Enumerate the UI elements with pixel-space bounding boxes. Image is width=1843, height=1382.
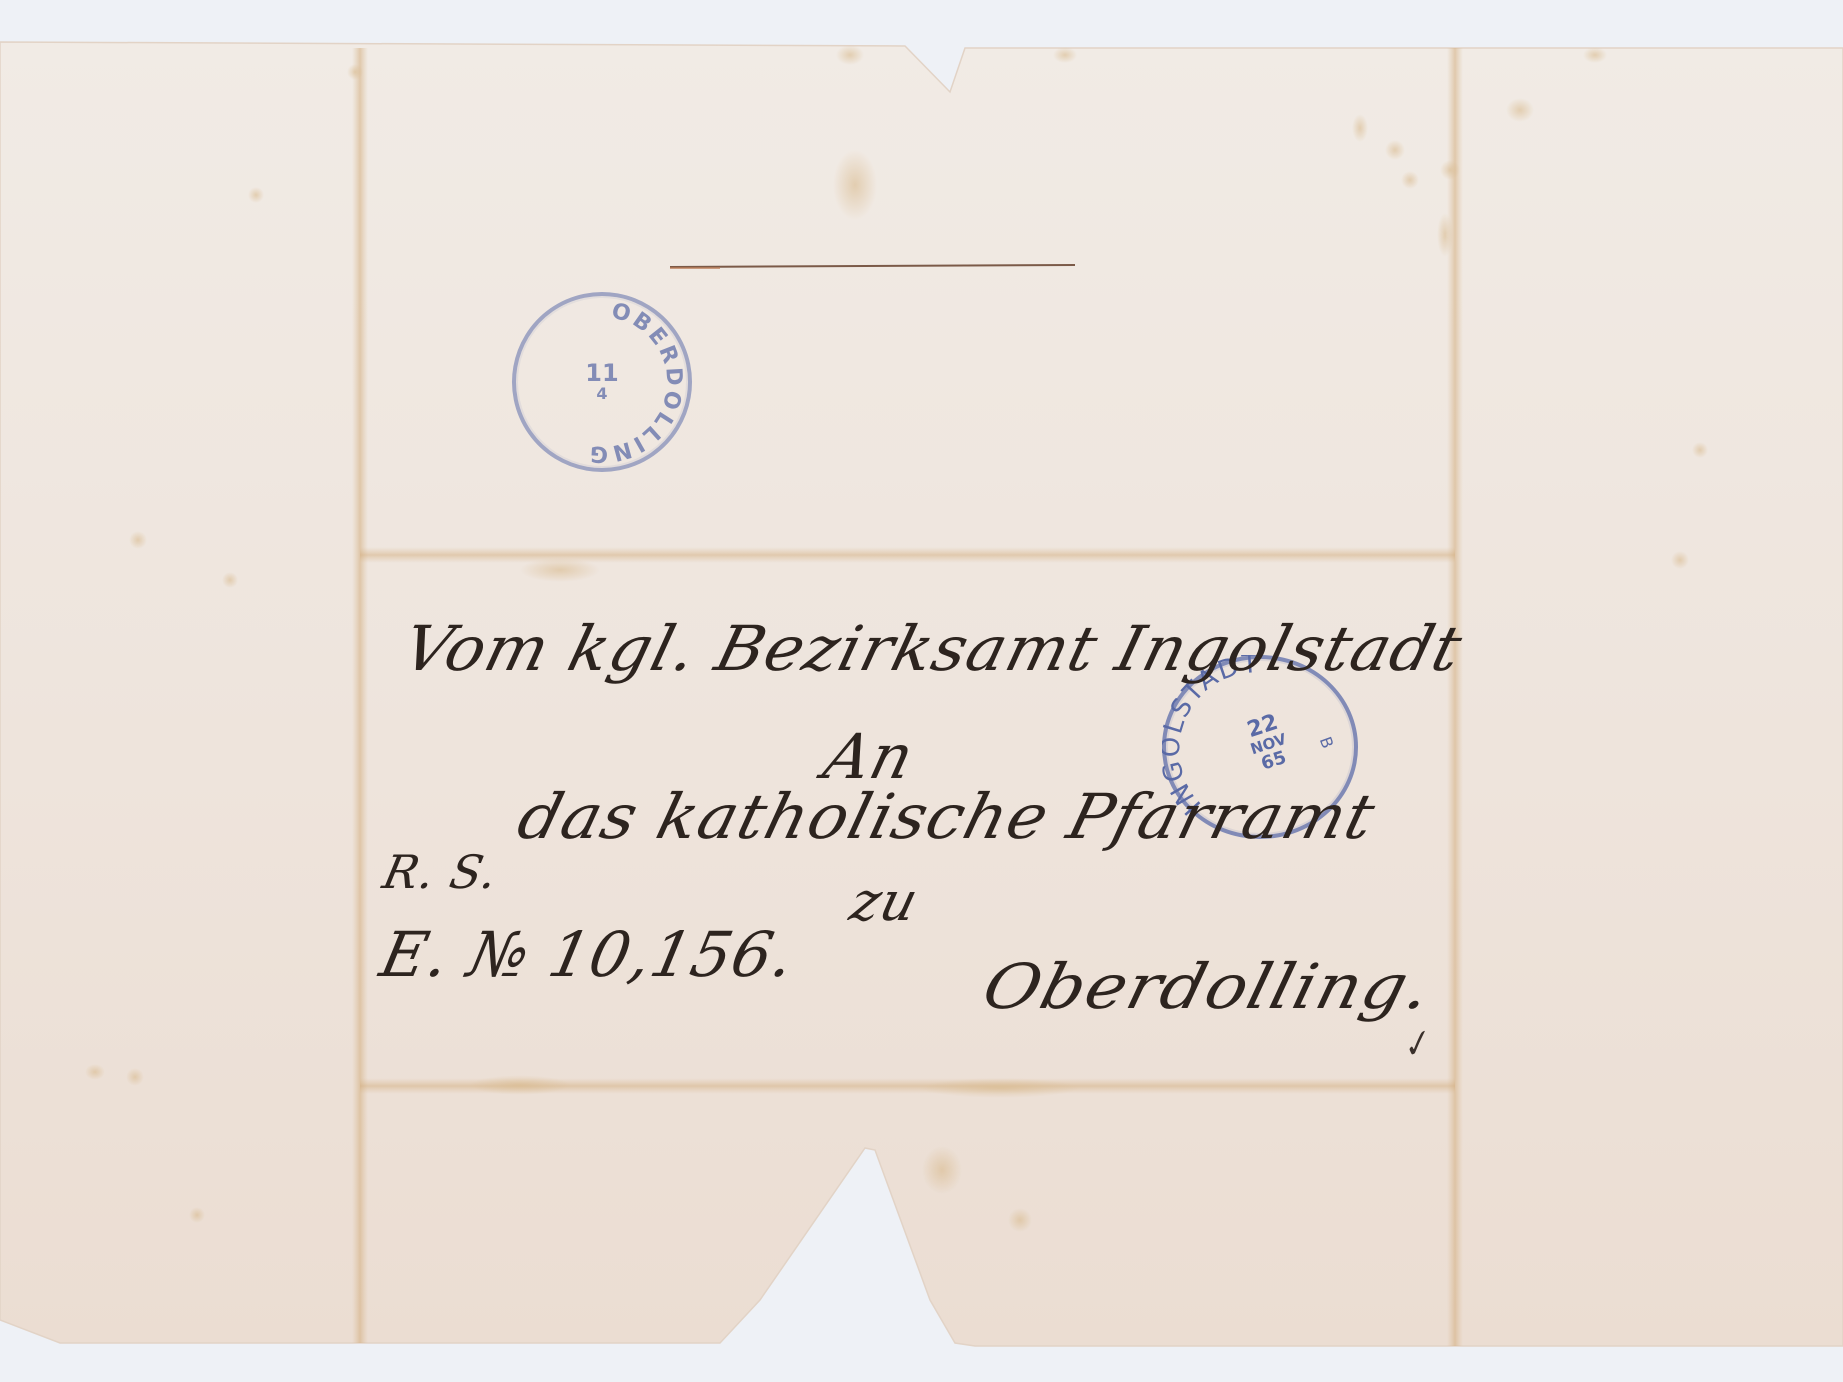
fold-line-top bbox=[360, 547, 1455, 563]
sender-line: Vom kgl. Bezirksamt Ingolstadt bbox=[396, 612, 1470, 685]
letter-photo: OBERDOLLING 11 4 INGOLSTADT 22 NOV 65 B … bbox=[0, 0, 1843, 1382]
fold-line-left bbox=[352, 48, 368, 1343]
recipient-line: das katholische Pfarramt bbox=[511, 780, 1383, 853]
reference-number: E. № 10,156. bbox=[374, 918, 801, 991]
postmark-oberdolling: OBERDOLLING 11 4 bbox=[498, 278, 707, 487]
paper-sheet bbox=[0, 0, 1843, 1382]
postmark-day: 11 bbox=[585, 361, 618, 386]
service-mark: R. S. bbox=[378, 845, 503, 899]
destination: Oberdolling. bbox=[976, 950, 1439, 1023]
postmark-month: 4 bbox=[585, 386, 618, 403]
